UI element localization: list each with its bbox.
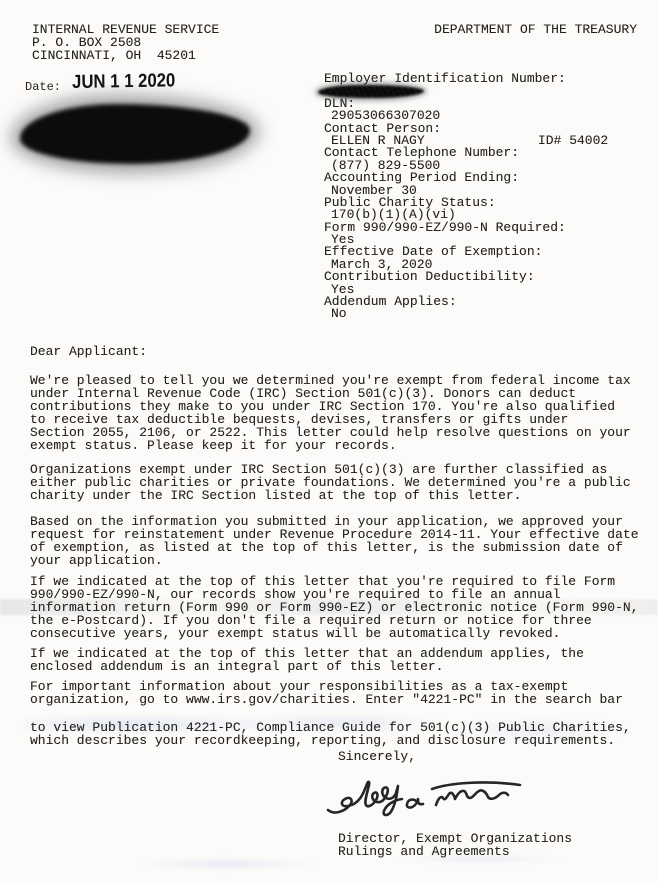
letter-body: Dear Applicant: We're pleased to tell yo…: [30, 345, 645, 747]
agency-title: DEPARTMENT OF THE TREASURY: [434, 23, 637, 36]
signer-title: Director, Exempt OrganizationsRulings an…: [338, 832, 572, 858]
salutation: Dear Applicant:: [30, 345, 645, 358]
info-value-redacted: [324, 85, 644, 97]
scanned-letter-page: INTERNAL REVENUE SERVICEP. O. BOX 2508CI…: [0, 0, 658, 883]
info-label: Employer Identification Number:: [324, 73, 644, 85]
body-paragraph: For important information about your res…: [30, 680, 645, 706]
info-value: 29053066307020: [324, 110, 644, 122]
info-value: No: [324, 308, 644, 320]
sender-block: INTERNAL REVENUE SERVICEP. O. BOX 2508CI…: [32, 23, 219, 62]
sender-line: CINCINNATI, OH 45201: [32, 49, 219, 62]
signature-stroke: [436, 790, 508, 805]
info-label: Addendum Applies:: [324, 296, 644, 308]
signature-stroke: [407, 799, 423, 808]
info-value: March 3, 2020: [324, 259, 644, 271]
info-value: (877) 829-5500: [324, 160, 644, 172]
info-block: Employer Identification Number:DLN:29053…: [324, 73, 644, 321]
info-value: Yes: [324, 284, 644, 296]
paragraphs: We're pleased to tell you we determined …: [30, 374, 645, 747]
body-paragraph: We're pleased to tell you we determined …: [30, 374, 645, 452]
body-paragraph: If we indicated at the top of this lette…: [30, 647, 645, 673]
signature-stroke: [432, 782, 520, 789]
redaction-recipient-address: [20, 104, 250, 164]
handwritten-signature: [324, 772, 539, 818]
body-paragraph: Organizations exempt under IRC Section 5…: [30, 463, 645, 502]
date-label: Date:: [25, 81, 61, 93]
signature-stroke: [328, 782, 402, 815]
body-paragraph: Based on the information you submitted i…: [30, 515, 645, 567]
body-paragraph: to view Publication 4221-PC, Compliance …: [30, 721, 645, 747]
info-value: ELLEN R NAGYID# 54002: [324, 135, 644, 147]
redaction-ein: [318, 85, 424, 98]
info-value: Yes: [324, 234, 644, 246]
signer-title-line: Rulings and Agreements: [338, 845, 572, 858]
closing: Sincerely,: [338, 750, 416, 763]
info-label: Contribution Deductibility:: [324, 271, 644, 283]
info-value: November 30: [324, 185, 644, 197]
info-label: Form 990/990-EZ/990-N Required:: [324, 222, 644, 234]
info-extra-id: ID# 54002: [538, 135, 608, 147]
scan-artifact-blue-smudge: [130, 856, 370, 872]
body-paragraph: If we indicated at the top of this lette…: [30, 575, 645, 640]
info-value: 170(b)(1)(A)(vi): [324, 209, 644, 221]
date-stamp: JUN 1 1 2020: [72, 71, 175, 93]
